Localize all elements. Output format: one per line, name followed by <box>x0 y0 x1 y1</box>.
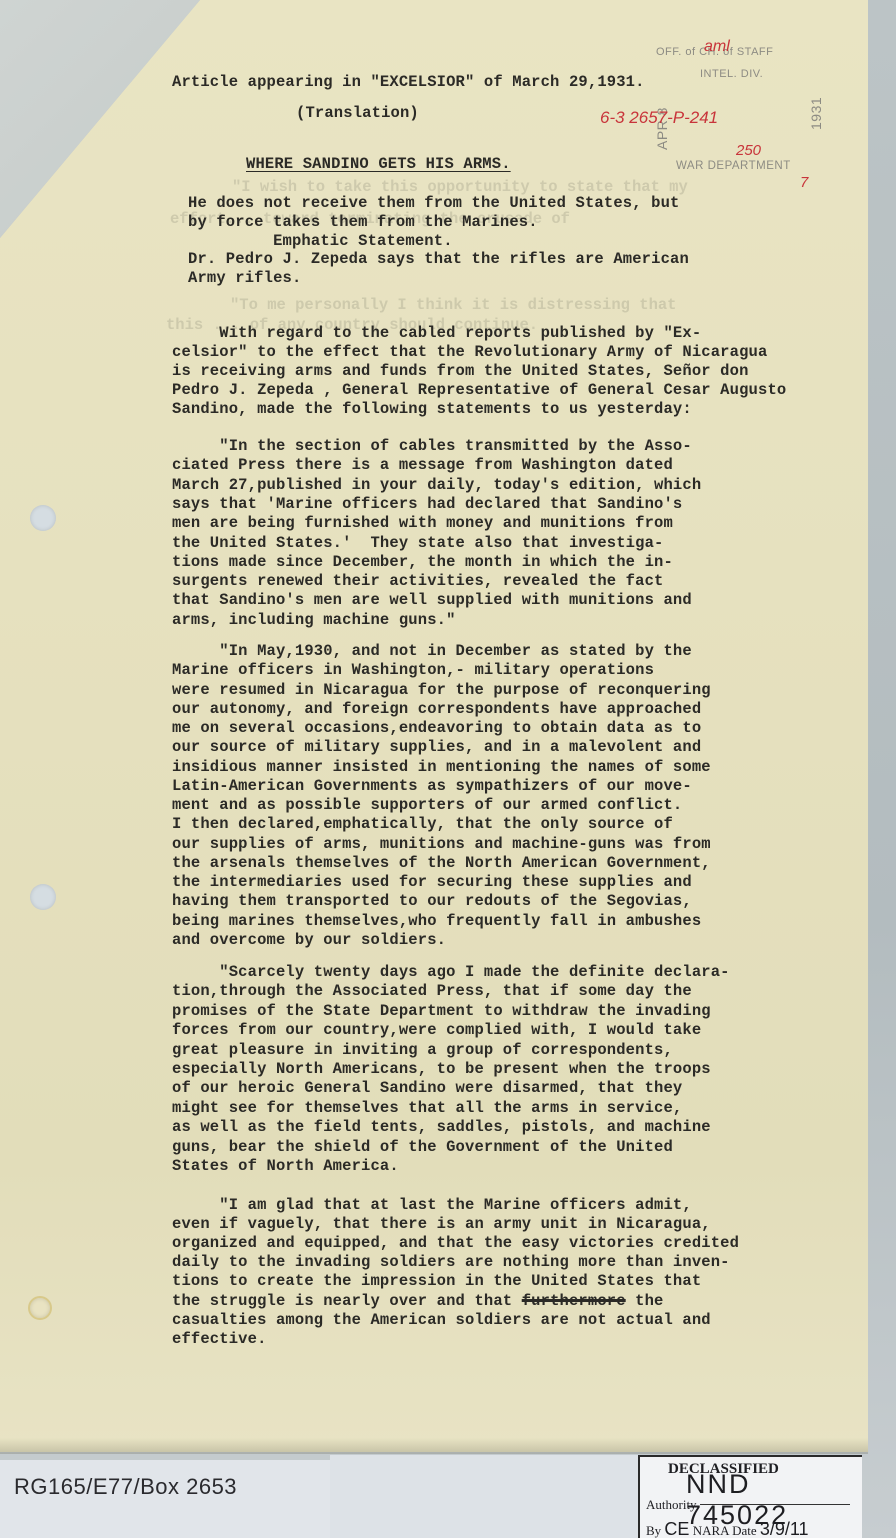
paragraph-line: might see for themselves that all the ar… <box>172 1099 682 1118</box>
handwritten-250: 250 <box>736 142 761 159</box>
by-label: By <box>646 1523 661 1538</box>
subhead-line: by force takes them from the Marines. <box>188 213 538 232</box>
struck-out-word: furthermore <box>522 1292 626 1310</box>
paragraph-line: forces from our country,were complied wi… <box>172 1021 701 1040</box>
document-header-line: Article appearing in "EXCELSIOR" of Marc… <box>172 73 645 92</box>
paragraph-line: promises of the State Department to with… <box>172 1002 711 1021</box>
paragraph-line: having them transported to our redouts o… <box>172 892 692 911</box>
archive-reference: RG165/E77/Box 2653 <box>14 1474 237 1500</box>
paragraph-line: March 27,published in your daily, today'… <box>172 476 701 495</box>
paragraph-line: tion,through the Associated Press, that … <box>172 982 692 1001</box>
paragraph-line: "In the section of cables transmitted by… <box>172 437 692 456</box>
subhead-line: Army rifles. <box>188 269 301 288</box>
paragraph-line: the intermediaries used for securing the… <box>172 873 692 892</box>
paragraph-line: the United States.' They state also that… <box>172 534 663 553</box>
paragraph-line: Marine officers in Washington,- military… <box>172 661 654 680</box>
paragraph-line: as well as the field tents, saddles, pis… <box>172 1118 711 1137</box>
paragraph-line: tions made since December, the month in … <box>172 553 673 572</box>
bleed-through-text: "To me personally I think it is distress… <box>230 296 676 315</box>
paragraph-line: arms, including machine guns." <box>172 611 456 630</box>
paragraph-line: "I am glad that at last the Marine offic… <box>172 1196 692 1215</box>
paragraph-line: States of North America. <box>172 1157 399 1176</box>
torn-punch-hole-icon <box>28 1296 52 1320</box>
subhead-line: Dr. Pedro J. Zepeda says that the rifles… <box>188 250 689 269</box>
paragraph-line-with-strikeout: the struggle is nearly over and that fur… <box>172 1292 664 1311</box>
date-value: 3/9/11 <box>760 1519 809 1538</box>
paragraph-line: ment and as possible supporters of our a… <box>172 796 682 815</box>
punch-hole-icon <box>30 884 56 910</box>
paragraph-line: men are being furnished with money and m… <box>172 514 673 533</box>
paragraph-line: Latin-American Governments as sympathize… <box>172 777 692 796</box>
subhead-line: He does not receive them from the United… <box>188 194 679 213</box>
translation-label: (Translation) <box>296 104 419 123</box>
punch-hole-icon <box>30 505 56 531</box>
authority-underline <box>700 1504 850 1505</box>
paragraph-line: our supplies of arms, munitions and mach… <box>172 835 711 854</box>
paragraph-line: daily to the invading soldiers are nothi… <box>172 1253 730 1272</box>
paragraph-line: I then declared,emphatically, that the o… <box>172 815 673 834</box>
paragraph-line: Sandino, made the following statements t… <box>172 400 692 419</box>
paragraph-line: our autonomy, and foreign correspondents… <box>172 700 701 719</box>
archive-reference-card: RG165/E77/Box 2653 <box>0 1460 330 1538</box>
authority-label: Authority <box>646 1497 697 1513</box>
date-label: Date <box>732 1523 757 1538</box>
paragraph-line: especially North Americans, to be presen… <box>172 1060 711 1079</box>
blank-card <box>330 1455 640 1538</box>
paragraph-line: and overcome by our soldiers. <box>172 931 446 950</box>
paragraph-line: effective. <box>172 1330 267 1349</box>
paragraph-line: guns, bear the shield of the Government … <box>172 1138 673 1157</box>
paragraph-line: casualties among the American soldiers a… <box>172 1311 711 1330</box>
paragraph-line: great pleasure in inviting a group of co… <box>172 1041 673 1060</box>
handwritten-file-number: 6-3 2657-P-241 <box>600 108 718 128</box>
handwritten-tick-mark: 7 <box>800 174 808 191</box>
paragraph-line: Pedro J. Zepeda , General Representative… <box>172 381 786 400</box>
paragraph-line: our source of military supplies, and in … <box>172 738 701 757</box>
date-stamp-year: 1931 <box>808 97 824 130</box>
paragraph-line: celsior" to the effect that the Revoluti… <box>172 343 767 362</box>
paragraph-line: "In May,1930, and not in December as sta… <box>172 642 692 661</box>
paragraph-line: me on several occasions,endeavoring to o… <box>172 719 701 738</box>
paragraph-line: even if vaguely, that there is an army u… <box>172 1215 711 1234</box>
paragraph-line: that Sandino's men are well supplied wit… <box>172 591 692 610</box>
paragraph-line: of our heroic General Sandino were disar… <box>172 1079 682 1098</box>
paragraph-line: being marines themselves,who frequently … <box>172 912 701 931</box>
paragraph-line: insidious manner insisted in mentioning … <box>172 758 711 777</box>
paragraph-line: says that 'Marine officers had declared … <box>172 495 682 514</box>
intel-division-stamp: INTEL. DIV. <box>700 68 763 80</box>
paragraph-line: surgents renewed their activities, revea… <box>172 572 663 591</box>
paragraph-line: the arsenals themselves of the North Ame… <box>172 854 711 873</box>
line-suffix: the <box>626 1292 664 1310</box>
headline: WHERE SANDINO GETS HIS ARMS. <box>246 155 511 174</box>
paragraph-line: "Scarcely twenty days ago I made the def… <box>172 963 730 982</box>
by-initials: CE <box>664 1519 689 1538</box>
declassification-stamp: DECLASSIFIED NND 745022 Authority By CE … <box>638 1455 862 1538</box>
paragraph-line: ciated Press there is a message from Was… <box>172 456 673 475</box>
agency: NARA <box>693 1523 729 1538</box>
war-department-stamp: WAR DEPARTMENT <box>676 160 791 172</box>
subhead-line: Emphatic Statement. <box>188 232 453 251</box>
paragraph-line: is receiving arms and funds from the Uni… <box>172 362 749 381</box>
declassified-by-line: By CE NARA Date 3/9/11 <box>646 1519 809 1538</box>
page-bottom-shadow <box>0 1438 868 1454</box>
line-prefix: the struggle is nearly over and that <box>172 1292 522 1310</box>
paragraph-line: organized and equipped, and that the eas… <box>172 1234 739 1253</box>
paragraph-line: tions to create the impression in the Un… <box>172 1272 701 1291</box>
handwritten-initials: aml <box>704 38 730 56</box>
paragraph-line: With regard to the cabled reports publis… <box>172 324 701 343</box>
paragraph-line: were resumed in Nicaragua for the purpos… <box>172 681 711 700</box>
